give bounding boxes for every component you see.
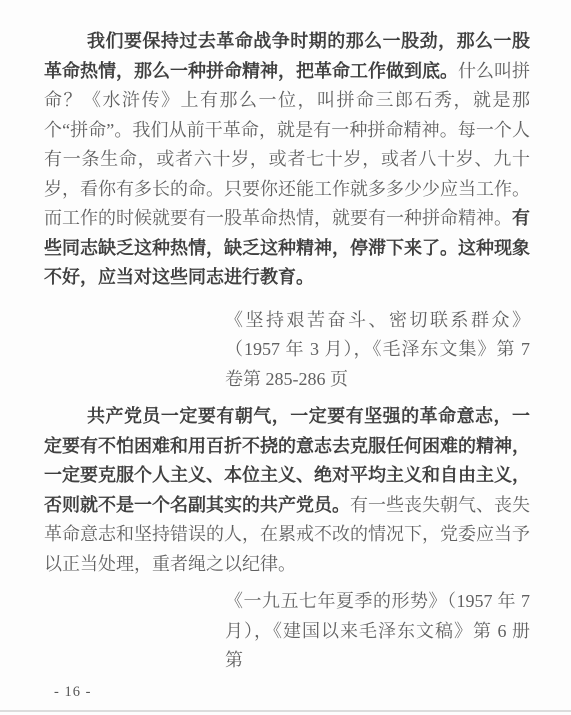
page-text-block: 我们要保持过去革命战争时期的那么一股劲，那么一股革命热情，那么一种拼命精神，把革… [44, 27, 530, 676]
document-page: 我们要保持过去革命战争时期的那么一股劲，那么一股革命热情，那么一种拼命精神，把革… [0, 0, 571, 715]
page-number: - 16 - [54, 684, 91, 701]
page-bottom-edge-line [0, 710, 571, 712]
citation-source-1: 《坚持艰苦奋斗、密切联系群众》（1957 年 3 月），《毛泽东文集》第 7 卷… [44, 306, 530, 395]
citation-source-2: 《一九五七年夏季的形势》（1957 年 7 月），《建国以来毛泽东文稿》第 6 … [44, 587, 530, 676]
paragraph-2: 共产党员一定要有朝气，一定要有坚强的革命意志，一定要有不怕困难和用百折不挠的意志… [44, 402, 530, 579]
paragraph-1-body-text: 什么叫拼命？《水浒传》上有那么一位，叫拼命三郎石秀，就是那个“拼命”。我们从前干… [44, 61, 530, 229]
paragraph-1: 我们要保持过去革命战争时期的那么一股劲，那么一股革命热情，那么一种拼命精神，把革… [44, 27, 530, 293]
